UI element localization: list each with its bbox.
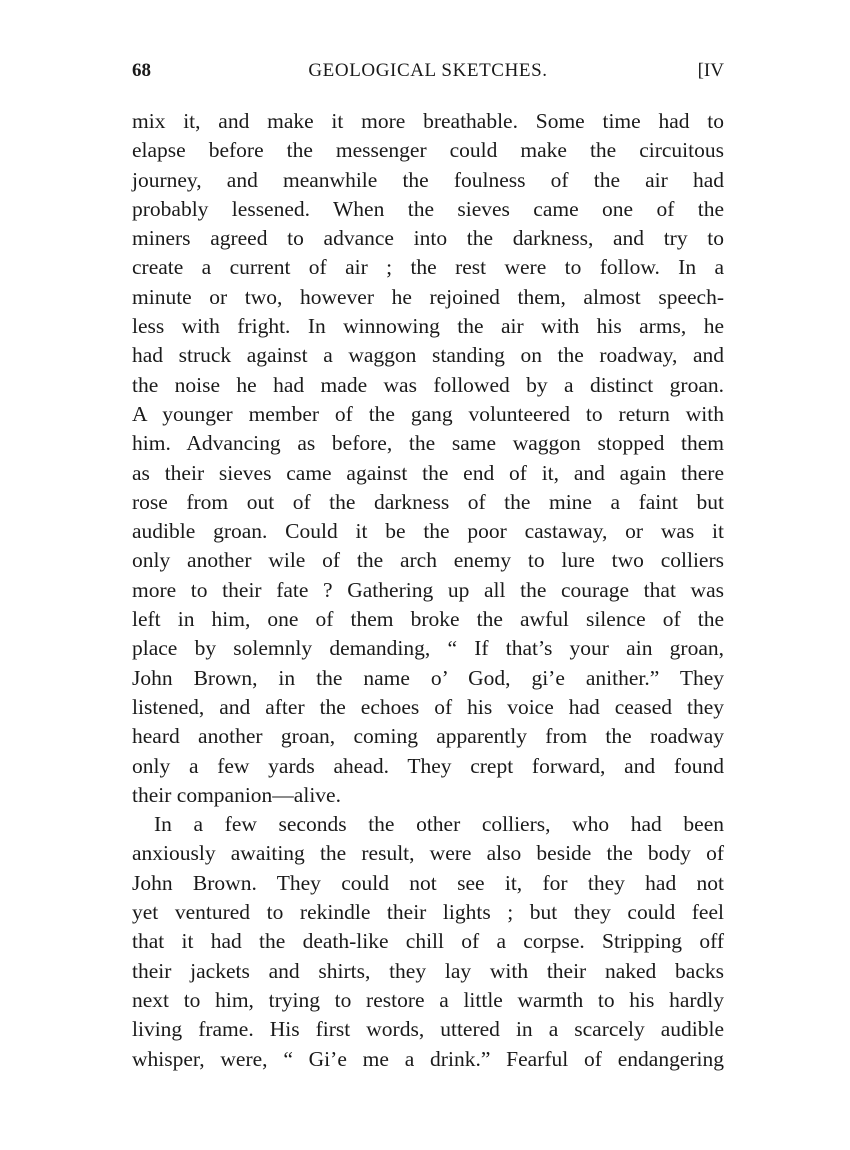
text-line: yet ventured to rekindle their lights ; …: [132, 898, 724, 927]
text-line: him. Advancing as before, the same waggo…: [132, 429, 724, 458]
text-line: mix it, and make it more breathable. Som…: [132, 107, 724, 136]
text-line: A younger member of the gang volunteered…: [132, 400, 724, 429]
paragraph-start-line: In a few seconds the other colliers, who…: [132, 810, 724, 839]
text-line: next to him, trying to restore a little …: [132, 986, 724, 1015]
text-line: John Brown, in the name o’ God, gi’e ani…: [132, 664, 724, 693]
text-line: audible groan. Could it be the poor cast…: [132, 517, 724, 546]
text-line: heard another groan, coming apparently f…: [132, 722, 724, 751]
chapter-marker: [IV: [698, 58, 724, 84]
text-line: living frame. His first words, uttered i…: [132, 1015, 724, 1044]
running-title: GEOLOGICAL SKETCHES.: [132, 58, 724, 84]
running-head: 68 GEOLOGICAL SKETCHES. [IV: [132, 58, 724, 84]
text-line: as their sieves came against the end of …: [132, 459, 724, 488]
text-line: less with fright. In winnowing the air w…: [132, 312, 724, 341]
text-line: only another wile of the arch enemy to l…: [132, 546, 724, 575]
text-line: place by solemnly demanding, “ If that’s…: [132, 634, 724, 663]
body-text: mix it, and make it more breathable. Som…: [132, 107, 724, 1074]
paragraph-end-line: their companion—alive.: [132, 781, 724, 810]
text-line: had struck against a waggon standing on …: [132, 341, 724, 370]
text-line: rose from out of the darkness of the min…: [132, 488, 724, 517]
text-line: John Brown. They could not see it, for t…: [132, 869, 724, 898]
text-line: listened, and after the echoes of his vo…: [132, 693, 724, 722]
text-line: the noise he had made was followed by a …: [132, 371, 724, 400]
text-line: whisper, were, “ Gi’e me a drink.” Fearf…: [132, 1045, 724, 1074]
text-line: only a few yards ahead. They crept forwa…: [132, 752, 724, 781]
text-line: their jackets and shirts, they lay with …: [132, 957, 724, 986]
text-line: anxiously awaiting the result, were also…: [132, 839, 724, 868]
text-line: journey, and meanwhile the foulness of t…: [132, 166, 724, 195]
text-line: miners agreed to advance into the darkne…: [132, 224, 724, 253]
text-line: left in him, one of them broke the awful…: [132, 605, 724, 634]
text-line: that it had the death-like chill of a co…: [132, 927, 724, 956]
text-line: create a current of air ; the rest were …: [132, 253, 724, 282]
text-line: elapse before the messenger could make t…: [132, 136, 724, 165]
text-line: more to their fate ? Gathering up all th…: [132, 576, 724, 605]
text-line: probably lessened. When the sieves came …: [132, 195, 724, 224]
text-line: minute or two, however he rejoined them,…: [132, 283, 724, 312]
